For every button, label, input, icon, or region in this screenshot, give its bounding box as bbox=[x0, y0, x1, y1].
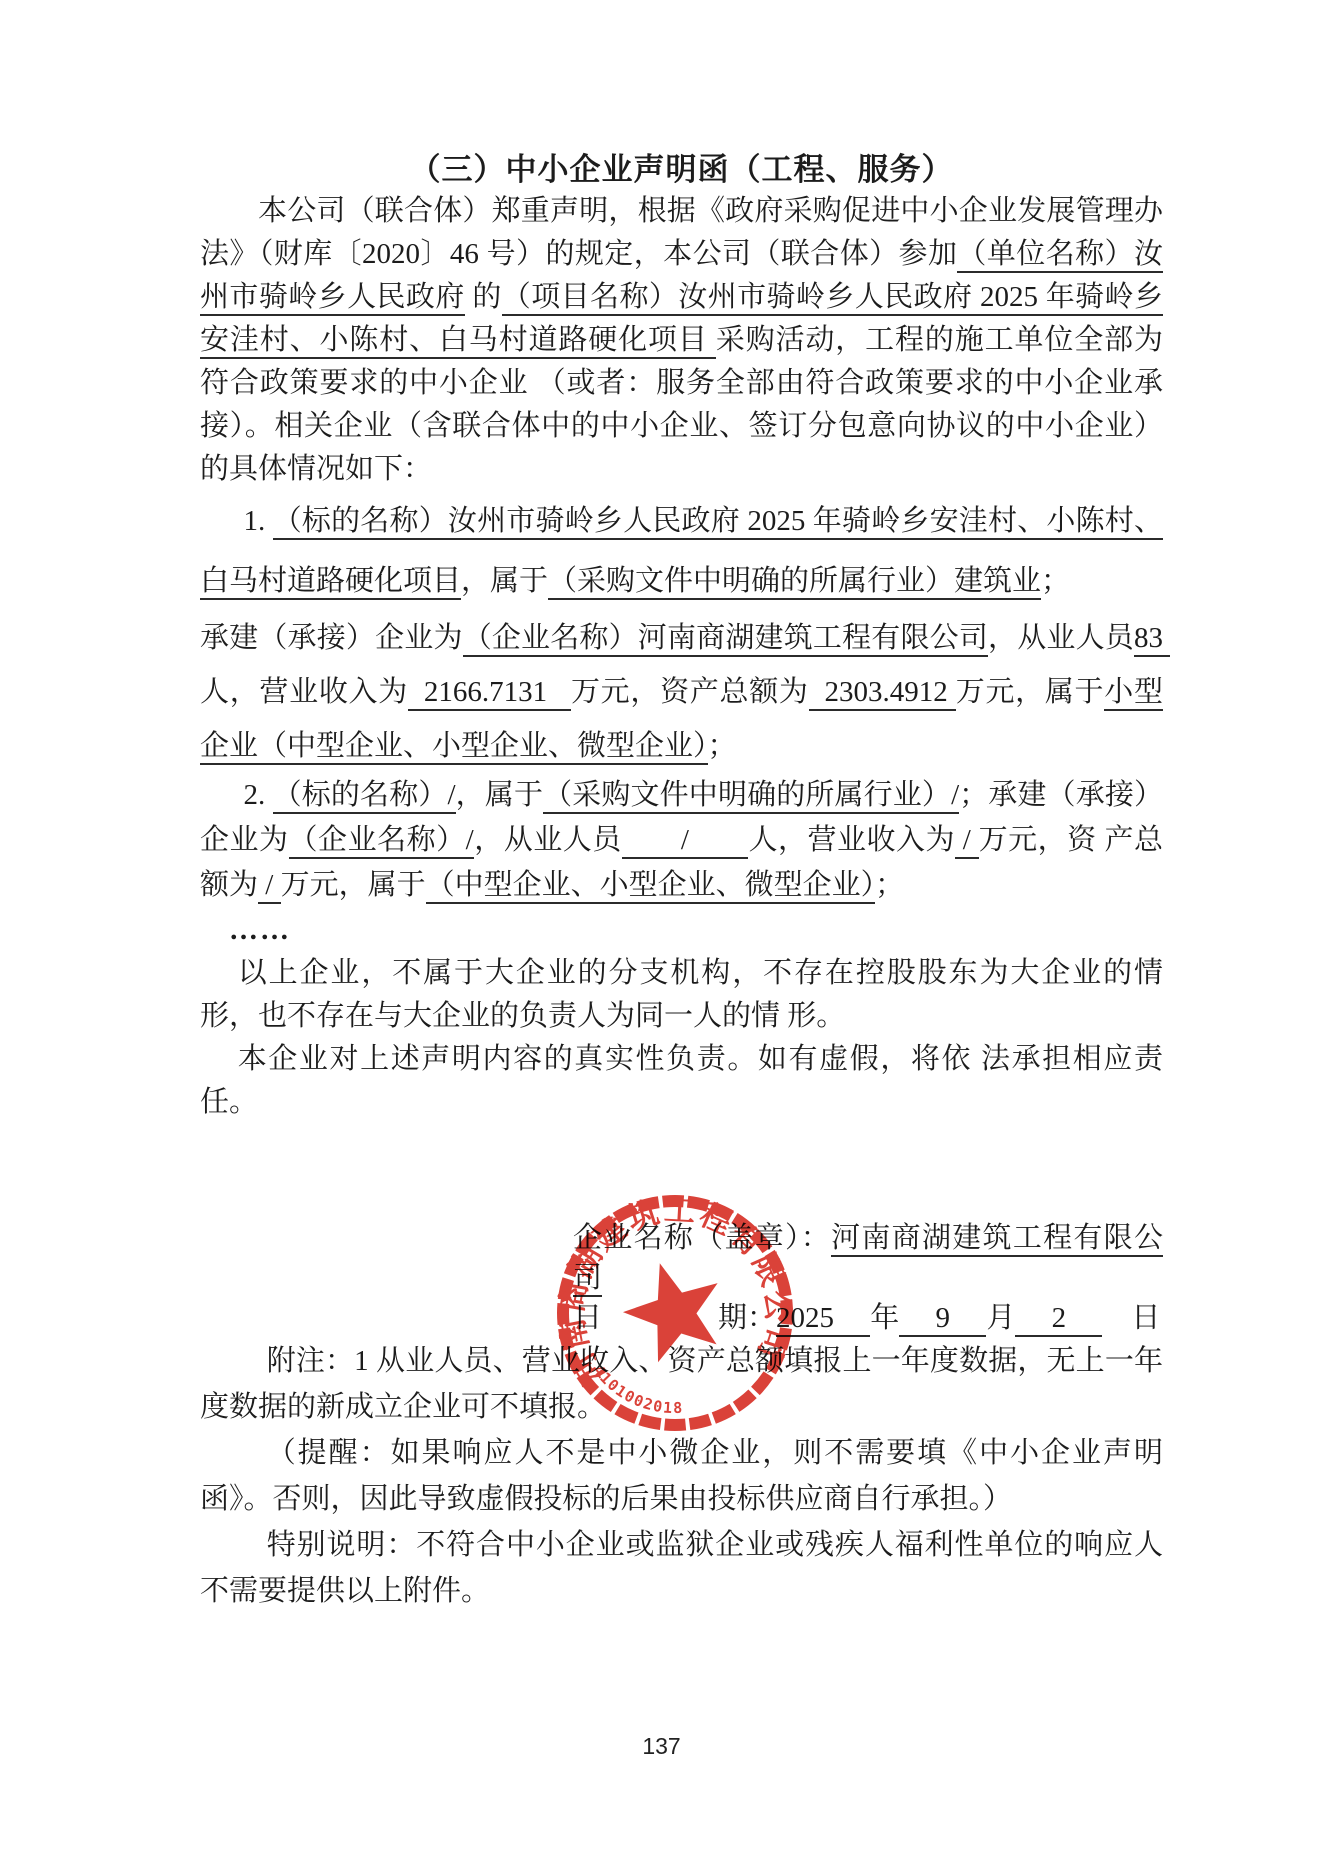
underlined-filled-value: （标的名称）/ bbox=[273, 779, 456, 814]
text-segment: ，属于 bbox=[461, 565, 548, 597]
text-segment: 月 bbox=[986, 1302, 1015, 1334]
text-segment: ，从业人员 bbox=[474, 824, 622, 856]
text-segment: 人，营业收入为 bbox=[748, 824, 955, 856]
text-segment: ； bbox=[875, 869, 904, 901]
underlined-filled-value: （企业名称）/ bbox=[289, 824, 474, 859]
underlined-filled-value: / bbox=[955, 824, 979, 859]
company-seal-stamp: 河南商湖建筑工程有限公司 41010020184 bbox=[537, 1175, 812, 1450]
assurance-paragraph-1: 以上企业，不属于大企业的分支机构，不存在控股股东为大企业的情形，也不存在与大企业… bbox=[200, 952, 1163, 1038]
underlined-filled-value: （采购文件中明确的所属行业）/ bbox=[543, 779, 959, 814]
underlined-filled-value: 2 bbox=[1015, 1302, 1102, 1337]
underlined-filled-value: / bbox=[258, 869, 281, 904]
text-segment: 承建（承接）企业为 bbox=[200, 622, 463, 654]
subject-item-1-paragraph: 1. （标的名称）汝州市骑岭乡人民政府 2025 年骑岭乡安洼村、小陈村、白马村… bbox=[200, 491, 1163, 611]
intro-paragraph: 本公司（联合体）郑重声明，根据《政府采购促进中小企业发展管理办法》（财库〔202… bbox=[200, 190, 1163, 491]
text-segment: 本企业对上述声明内容的真实性负责。如有虚假，将依 法承担相应责任。 bbox=[200, 1043, 1163, 1118]
text-segment: ，属于 bbox=[456, 779, 544, 811]
text-segment: 的 bbox=[465, 281, 502, 313]
text-segment: ； bbox=[1041, 565, 1070, 597]
text-segment: 特别说明：不符合中小企业或监狱企业或残疾人福利性单位的响应人不需要提供以上附件。 bbox=[200, 1529, 1163, 1607]
star-icon bbox=[612, 1249, 734, 1368]
reminder-paragraph: （提醒：如果响应人不是中小微企业，则不需要填《中小企业声明函》。否则，因此导致虚… bbox=[200, 1430, 1163, 1522]
ellipsis-line: …… bbox=[200, 908, 1163, 952]
underlined-filled-value: / bbox=[622, 824, 749, 859]
underlined-filled-value: （采购文件中明确的所属行业）建筑业 bbox=[548, 565, 1041, 600]
text-segment: 人，营业收入为 bbox=[200, 676, 408, 708]
underlined-filled-value: （企业名称）河南商湖建筑工程有限公司 bbox=[463, 622, 988, 657]
subject-item-2-paragraph: 2. （标的名称）/，属于（采购文件中明确的所属行业）/；承建（承接） 企业为（… bbox=[200, 773, 1163, 908]
text-segment: 以上企业，不属于大企业的分支机构，不存在控股股东为大企业的情形，也不存在与大企业… bbox=[200, 957, 1163, 1032]
text-segment: 日 bbox=[1102, 1302, 1160, 1334]
text-segment: 1. bbox=[244, 505, 273, 537]
page-number: 137 bbox=[0, 1733, 1323, 1760]
underlined-filled-value: 83 bbox=[1134, 622, 1170, 657]
text-segment: ； bbox=[708, 730, 737, 762]
underlined-filled-value: 2303.4912 bbox=[809, 676, 956, 711]
text-segment: 万元，属于 bbox=[281, 869, 426, 901]
special-statement-paragraph: 特别说明：不符合中小企业或监狱企业或残疾人福利性单位的响应人不需要提供以上附件。 bbox=[200, 1522, 1163, 1614]
text-segment: …… bbox=[229, 914, 291, 946]
text-segment: 年 bbox=[870, 1302, 899, 1334]
underlined-filled-value: 2166.7131 bbox=[408, 676, 571, 711]
contractor-details-paragraph: 承建（承接）企业为（企业名称）河南商湖建筑工程有限公司，从业人员83 人，营业收… bbox=[200, 611, 1163, 773]
text-segment: 万元，属于 bbox=[956, 676, 1105, 708]
underlined-filled-value: （中型企业、小型企业、微型企业） bbox=[426, 869, 876, 904]
document-page: （三）中小企业声明函（工程、服务） 本公司（联合体）郑重声明，根据《政府采购促进… bbox=[0, 0, 1323, 1871]
text-segment: 2. bbox=[244, 779, 273, 811]
page-title: （三）中小企业声明函（工程、服务） bbox=[200, 150, 1163, 190]
text-segment: （提醒：如果响应人不是中小微企业，则不需要填《中小企业声明函》。否则，因此导致虚… bbox=[200, 1437, 1163, 1515]
underlined-filled-value: 9 bbox=[899, 1302, 986, 1337]
text-segment: 万元，资产总额为 bbox=[571, 676, 809, 708]
text-segment: ，从业人员 bbox=[988, 622, 1134, 654]
assurance-paragraph-2: 本企业对上述声明内容的真实性负责。如有虚假，将依 法承担相应责任。 bbox=[200, 1038, 1163, 1124]
